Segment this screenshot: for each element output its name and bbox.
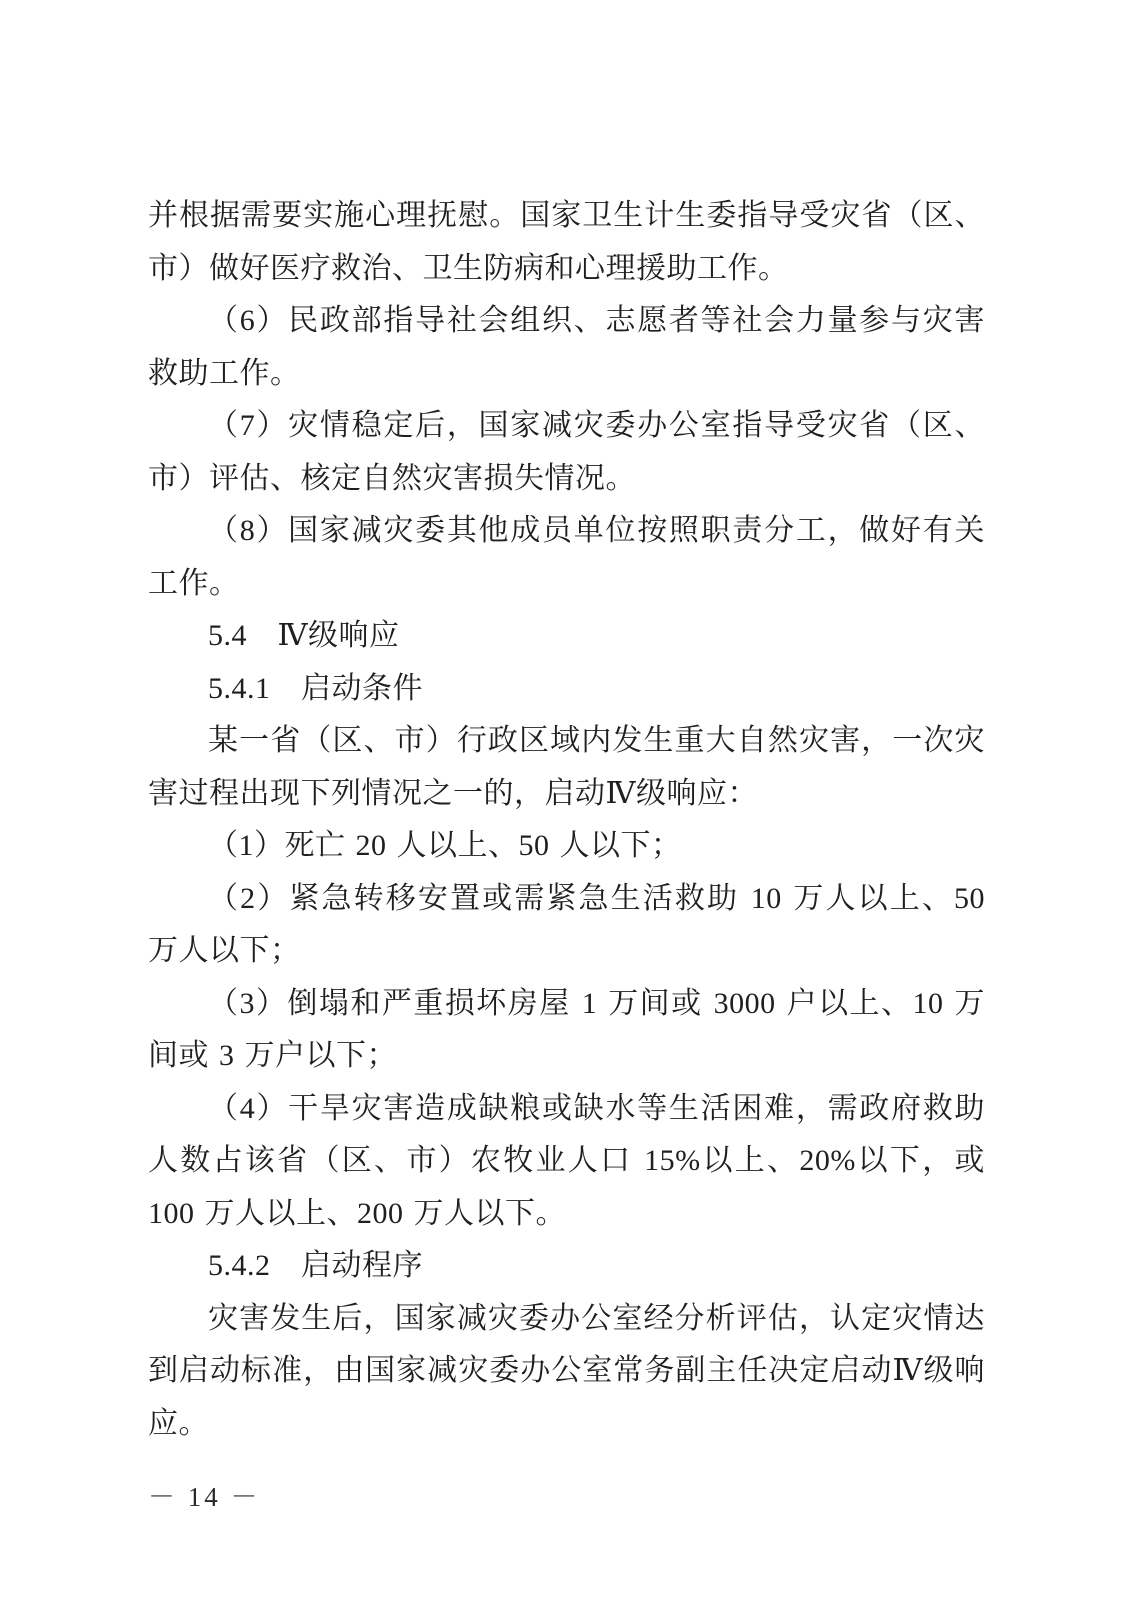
item-6-paragraph: （6）民政部指导社会组织、志愿者等社会力量参与灾害救助工作。 xyxy=(148,295,985,400)
condition-intro-paragraph: 某一省（区、市）行政区域内发生重大自然灾害，一次灾害过程出现下列情况之一的，启动… xyxy=(148,715,985,820)
procedure-paragraph: 灾害发生后，国家减灾委办公室经分析评估，认定灾情达到启动标准，由国家减灾委办公室… xyxy=(148,1293,985,1451)
heading-5-4-2: 5.4.2 启动程序 xyxy=(148,1240,985,1293)
continuation-paragraph: 并根据需要实施心理抚慰。国家卫生计生委指导受灾省（区、市）做好医疗救治、卫生防病… xyxy=(148,190,985,295)
page-number: － 14 － xyxy=(148,1479,261,1515)
item-8-paragraph: （8）国家减灾委其他成员单位按照职责分工，做好有关工作。 xyxy=(148,505,985,610)
document-page: 并根据需要实施心理抚慰。国家卫生计生委指导受灾省（区、市）做好医疗救治、卫生防病… xyxy=(0,0,1131,1600)
condition-item-3: （3）倒塌和严重损坏房屋 1 万间或 3000 户以上、10 万间或 3 万户以… xyxy=(148,978,985,1083)
document-body: 并根据需要实施心理抚慰。国家卫生计生委指导受灾省（区、市）做好医疗救治、卫生防病… xyxy=(148,190,985,1450)
condition-item-2: （2）紧急转移安置或需紧急生活救助 10 万人以上、50 万人以下； xyxy=(148,873,985,978)
condition-item-1: （1）死亡 20 人以上、50 人以下； xyxy=(148,820,985,873)
item-7-paragraph: （7）灾情稳定后，国家减灾委办公室指导受灾省（区、市）评估、核定自然灾害损失情况… xyxy=(148,400,985,505)
heading-5-4: 5.4 Ⅳ级响应 xyxy=(148,610,985,663)
condition-item-4: （4）干旱灾害造成缺粮或缺水等生活困难，需政府救助人数占该省（区、市）农牧业人口… xyxy=(148,1083,985,1241)
heading-5-4-1: 5.4.1 启动条件 xyxy=(148,663,985,716)
